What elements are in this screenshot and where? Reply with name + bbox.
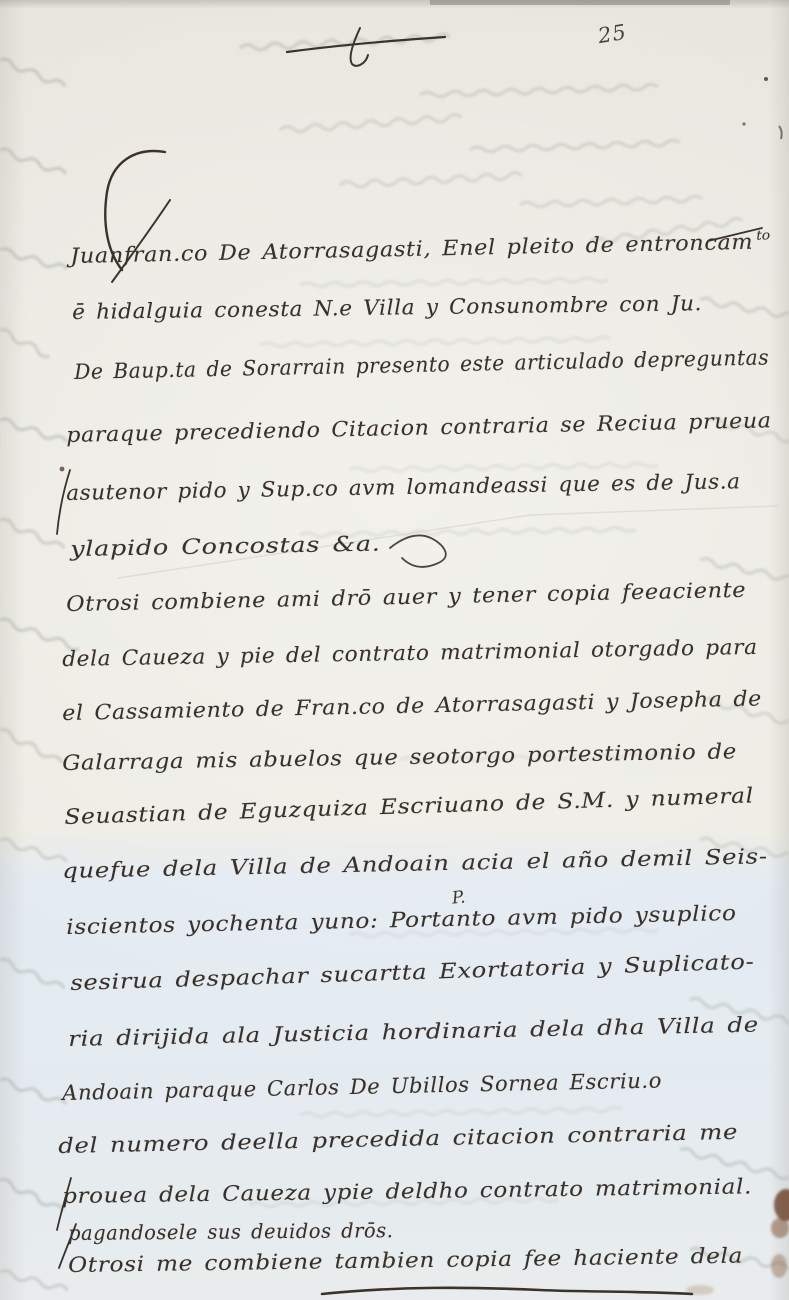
superscript-abbreviation: to: [756, 228, 770, 243]
manuscript-page-scan: Juanfran.co De Atorrasagasti, Enel pleit…: [0, 0, 789, 1300]
interline-abbreviation: P.: [451, 887, 466, 908]
manuscript-line-19: pagandosele sus deuidos drōs.: [68, 1218, 394, 1245]
rubric-flourish: [390, 535, 446, 566]
header-cross-icon: [287, 28, 445, 66]
bottom-rule-stroke: [322, 1288, 692, 1294]
page-number: 25: [596, 20, 628, 48]
